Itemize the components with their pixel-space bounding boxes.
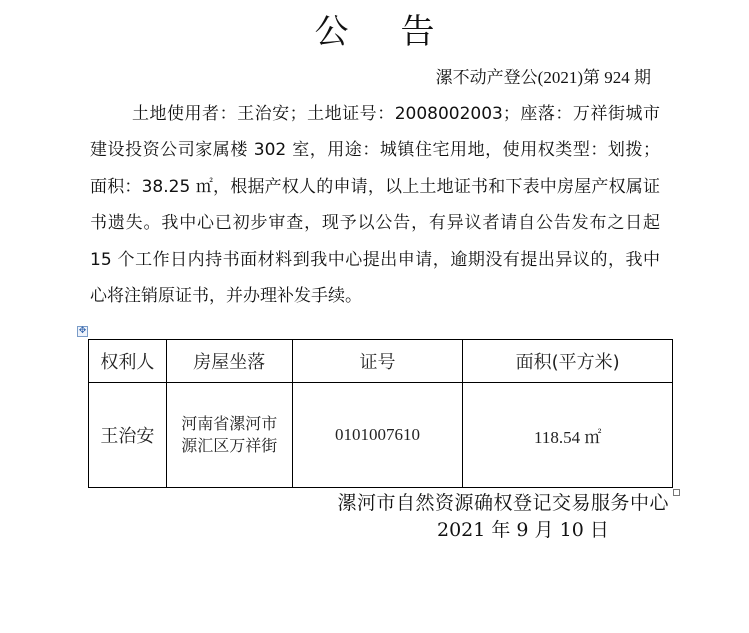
issue-date: 2021 年 9 月 10 日 <box>437 517 609 543</box>
cell-owner: 王治安 <box>89 383 167 488</box>
header-owner: 权利人 <box>89 340 167 383</box>
cell-location: 河南省漯河市 源汇区万祥街 <box>166 383 292 488</box>
location-line-1: 河南省漯河市 <box>167 413 292 435</box>
notice-body: 土地使用者：王治安；土地证号：2008002003；座落：万祥街城市建设投资公司… <box>90 96 660 314</box>
header-area: 面积(平方米) <box>463 340 673 383</box>
header-cert-no: 证号 <box>292 340 463 383</box>
notice-title: 公告 <box>0 10 749 54</box>
table-header-row: 权利人 房屋坐落 证号 面积(平方米) <box>89 340 673 383</box>
cell-cert-no: 0101007610 <box>292 383 463 488</box>
table-resize-handle[interactable] <box>673 489 680 496</box>
issuer-name: 漯河市自然资源确权登记交易服务中心 <box>337 490 669 516</box>
document-number: 漯不动产登公(2021)第 924 期 <box>436 66 651 90</box>
notice-body-text: 土地使用者：王治安；土地证号：2008002003；座落：万祥街城市建设投资公司… <box>90 104 660 306</box>
header-location: 房屋坐落 <box>166 340 292 383</box>
table-row: 王治安 河南省漯河市 源汇区万祥街 0101007610 118.54 ㎡ <box>89 383 673 488</box>
cell-area: 118.54 ㎡ <box>463 383 673 488</box>
table-move-handle-icon[interactable]: ✥ <box>77 326 88 337</box>
location-line-2: 源汇区万祥街 <box>167 435 292 457</box>
certificate-table: 权利人 房屋坐落 证号 面积(平方米) 王治安 河南省漯河市 源汇区万祥街 01… <box>88 339 673 488</box>
